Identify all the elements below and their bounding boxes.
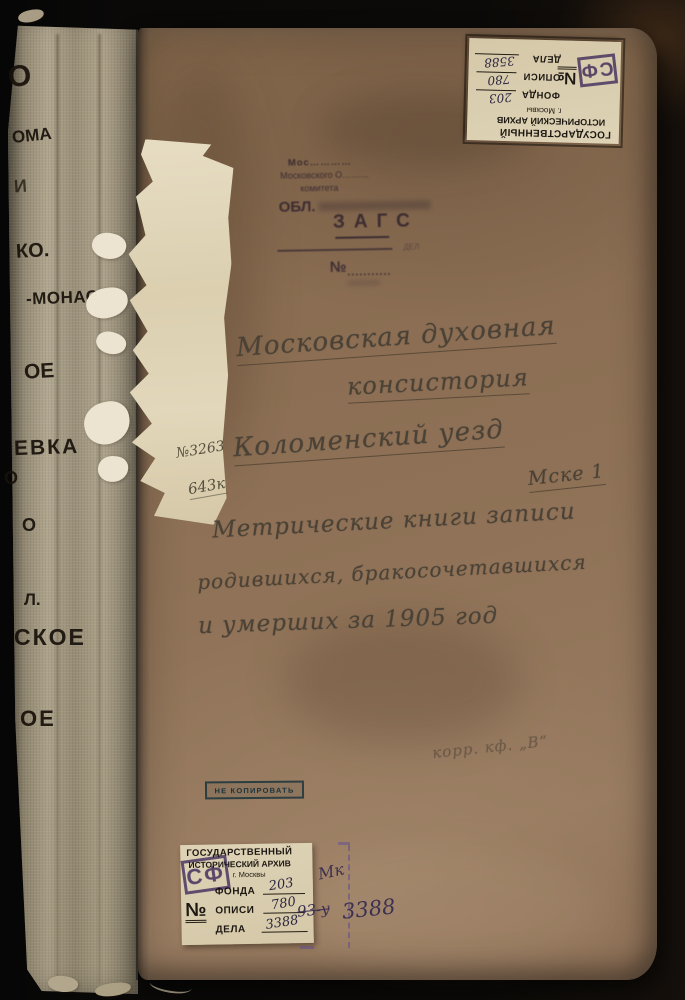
archive-label-city: г. Москвы: [526, 106, 561, 116]
archive-label-opis: ОПИСИ: [523, 70, 561, 82]
spine-text-fragment: О: [4, 468, 18, 489]
spine-text-fragment: ОМА: [11, 124, 53, 148]
archive-label-opis: ОПИСИ: [215, 905, 254, 917]
zags-stamp-line: комитета: [300, 183, 338, 194]
archive-label-delo: ДЕЛА: [532, 53, 561, 65]
archive-label-top: ГОСУДАРСТВЕННЫЙ ИСТОРИЧЕСКИЙ АРХИВ г. Мо…: [467, 38, 622, 144]
zags-stamp-title: ЗАГС: [333, 210, 419, 233]
archive-label-delo-value: 3388: [265, 913, 300, 933]
spine-text-fragment: О: [7, 59, 33, 95]
zags-stamp-del: ДЕЛ: [403, 242, 419, 251]
archive-label-bottom: ГОСУДАРСТВЕННЫЙ ИСТОРИЧЕСКИЙ АРХИВ г. Мо…: [180, 843, 314, 945]
spine-text-fragment: ЕВКА: [14, 435, 80, 461]
purple-frame-line: [348, 845, 350, 948]
purple-frame-tick: [338, 842, 350, 845]
spine-text-fragment: КО.: [15, 239, 49, 264]
zags-stamp: Мос………… Московского О……… комитета ОБЛ. З…: [276, 152, 493, 296]
sf-stamp: СФ: [577, 53, 618, 87]
archive-label-fond-value: 203: [268, 876, 295, 895]
zags-stamp-line: Мос…………: [288, 157, 352, 169]
book-cover-photo: О ОМА И КО. -МОНАСТ. ОЕ ЕВКА О О Л. СКОЕ…: [0, 0, 685, 1000]
archive-label-line: [263, 893, 305, 895]
ink-note-crossed: 93-у: [296, 899, 331, 920]
archive-label-delo: ДЕЛА: [216, 924, 246, 936]
archive-label-fond: ФОНДА: [521, 88, 560, 100]
archive-label-city: г. Москвы: [233, 870, 266, 880]
purple-frame-tick: [300, 946, 314, 949]
spine-cover-seam: [136, 28, 150, 980]
zags-stamp-line: Московского О………: [280, 169, 369, 181]
spine-text-fragment: О: [22, 515, 36, 536]
archive-label-opis-value: 780: [270, 895, 297, 914]
spine-text-fragment: ОЕ: [20, 706, 56, 732]
archive-label-org-line: ГОСУДАРСТВЕННЫЙ: [500, 126, 612, 140]
archive-label-line: [262, 931, 308, 933]
cloth-fray: [17, 8, 45, 24]
archive-label-opis-value: 780: [487, 72, 511, 88]
zags-stamp-rule: [335, 236, 389, 239]
zags-stamp-rule: [348, 273, 390, 276]
spine-text-fragment: ОЕ: [23, 359, 55, 385]
sf-stamp: СФ: [181, 855, 231, 895]
archive-label-no: №: [185, 901, 207, 923]
no-copy-stamp: НЕ КОПИРОВАТЬ: [205, 781, 304, 800]
zags-stamp-rule: [277, 248, 392, 252]
archive-label-delo-value: 3588: [484, 54, 516, 70]
zags-stamp-smear: [348, 280, 380, 286]
archive-label-fond-value: 203: [488, 90, 512, 106]
spine-text-fragment: СКОЕ: [14, 624, 86, 651]
book-spine: [6, 14, 138, 994]
spine-text-fragment: И: [13, 176, 27, 198]
zags-stamp-obl: ОБЛ.: [279, 198, 316, 216]
zags-stamp-no: №: [330, 259, 347, 276]
spine-ridge: [98, 34, 101, 985]
spine-text-fragment: Л.: [24, 590, 41, 610]
spine-ridge: [56, 34, 59, 985]
